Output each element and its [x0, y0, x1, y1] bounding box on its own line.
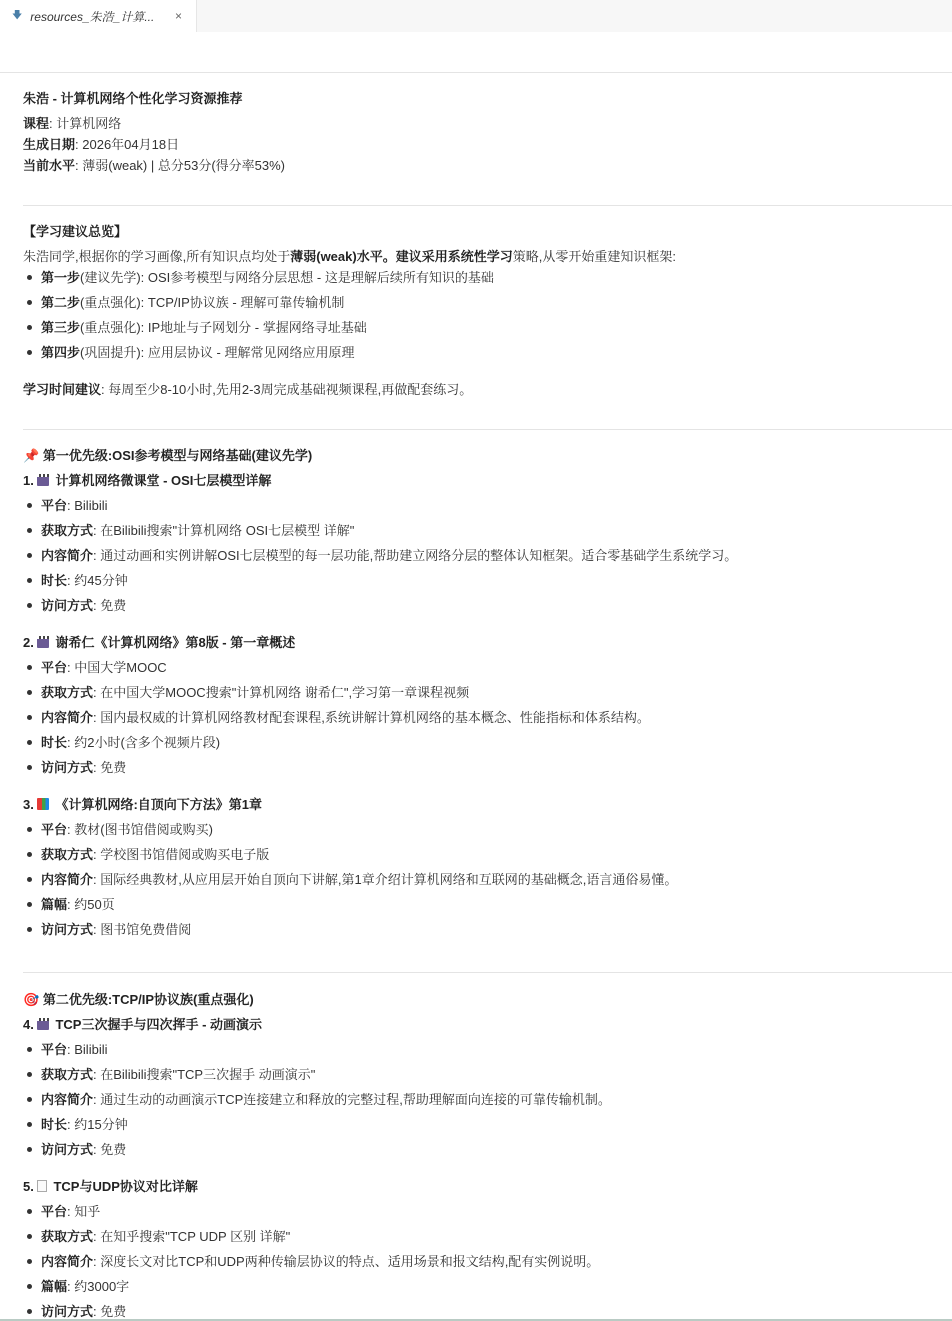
divider: [0, 72, 952, 73]
list-item: 访问方式: 图书馆免费借阅: [23, 921, 191, 939]
tab-title: resources_朱浩_计算...: [30, 8, 175, 25]
divider: [23, 205, 952, 206]
list-item: 获取方式: 在中国大学MOOC搜索"计算机网络 谢希仁",学习第一章课程视频: [23, 684, 469, 702]
divider: [23, 429, 952, 430]
section-heading: 📌 第一优先级:OSI参考模型与网络基础(建议先学): [23, 447, 312, 465]
list-item: 内容简介: 国际经典教材,从应用层开始自顶向下讲解,第1章介绍计算机网络和互联网…: [23, 871, 677, 889]
pushpin-icon: 📌: [23, 448, 39, 463]
resource-title: 5. TCP与UDP协议对比详解: [23, 1178, 198, 1196]
list-item: 内容简介: 深度长文对比TCP和UDP两种传输层协议的特点、适用场景和报文结构,…: [23, 1253, 599, 1271]
list-item: 平台: Bilibili: [23, 497, 107, 515]
overview-intro: 朱浩同学,根据你的学习画像,所有知识点均处于薄弱(weak)水平。建议采用系统性…: [23, 248, 676, 266]
document-icon: [37, 1180, 47, 1192]
list-item: 访问方式: 免费: [23, 759, 126, 777]
list-item: 访问方式: 免费: [23, 597, 126, 615]
list-item: 平台: 中国大学MOOC: [23, 659, 167, 677]
course-line: 课程: 计算机网络: [23, 115, 121, 133]
clapper-icon: [37, 1018, 49, 1030]
list-item: 内容简介: 国内最权威的计算机网络教材配套课程,系统讲解计算机网络的基本概念、性…: [23, 709, 650, 727]
list-item: 获取方式: 学校图书馆借阅或购买电子版: [23, 846, 269, 864]
close-icon[interactable]: ×: [175, 9, 182, 23]
resource-title: 4. TCP三次握手与四次挥手 - 动画演示: [23, 1016, 262, 1034]
tab-bar: 🡇 resources_朱浩_计算... ×: [0, 0, 952, 32]
list-item: 获取方式: 在Bilibili搜索"TCP三次握手 动画演示": [23, 1066, 315, 1084]
list-item: 第二步(重点强化): TCP/IP协议族 - 理解可靠传输机制: [23, 294, 344, 312]
page-title: 朱浩 - 计算机网络个性化学习资源推荐: [23, 90, 243, 108]
download-arrow-icon: 🡇: [12, 8, 22, 25]
date-line: 生成日期: 2026年04月18日: [23, 136, 179, 154]
list-item: 获取方式: 在Bilibili搜索"计算机网络 OSI七层模型 详解": [23, 522, 354, 540]
overview-heading: 【学习建议总览】: [23, 223, 127, 241]
clapper-icon: [37, 474, 49, 486]
divider: [23, 972, 952, 973]
list-item: 内容简介: 通过生动的动画演示TCP连接建立和释放的完整过程,帮助理解面向连接的…: [23, 1091, 611, 1109]
list-item: 第三步(重点强化): IP地址与子网划分 - 掌握网络寻址基础: [23, 319, 367, 337]
list-item: 时长: 约45分钟: [23, 572, 128, 590]
target-icon: 🎯: [23, 992, 39, 1007]
level-line: 当前水平: 薄弱(weak) | 总分53分(得分率53%): [23, 157, 285, 175]
list-item: 访问方式: 免费: [23, 1141, 126, 1159]
tab-resources[interactable]: 🡇 resources_朱浩_计算... ×: [0, 0, 197, 32]
list-item: 篇幅: 约3000字: [23, 1278, 129, 1296]
list-item: 第一步(建议先学): OSI参考模型与网络分层思想 - 这是理解后续所有知识的基…: [23, 269, 494, 287]
resource-title: 1. 计算机网络微课堂 - OSI七层模型详解: [23, 472, 271, 490]
list-item: 平台: 知乎: [23, 1203, 100, 1221]
books-icon: [37, 798, 49, 810]
list-item: 获取方式: 在知乎搜索"TCP UDP 区别 详解": [23, 1228, 290, 1246]
list-item: 平台: Bilibili: [23, 1041, 107, 1059]
clapper-icon: [37, 636, 49, 648]
resource-title: 3. 《计算机网络:自顶向下方法》第1章: [23, 796, 262, 814]
section-heading: 🎯 第二优先级:TCP/IP协议族(重点强化): [23, 991, 254, 1009]
list-item: 时长: 约2小时(含多个视频片段): [23, 734, 220, 752]
list-item: 第四步(巩固提升): 应用层协议 - 理解常见网络应用原理: [23, 344, 354, 362]
list-item: 时长: 约15分钟: [23, 1116, 128, 1134]
list-item: 内容简介: 通过动画和实例讲解OSI七层模型的每一层功能,帮助建立网络分层的整体…: [23, 547, 737, 565]
resource-title: 2. 谢希仁《计算机网络》第8版 - 第一章概述: [23, 634, 295, 652]
time-suggestion: 学习时间建议: 每周至少8-10小时,先用2-3周完成基础视频课程,再做配套练习…: [23, 381, 472, 399]
list-item: 篇幅: 约50页: [23, 896, 115, 914]
list-item: 平台: 教材(图书馆借阅或购买): [23, 821, 213, 839]
